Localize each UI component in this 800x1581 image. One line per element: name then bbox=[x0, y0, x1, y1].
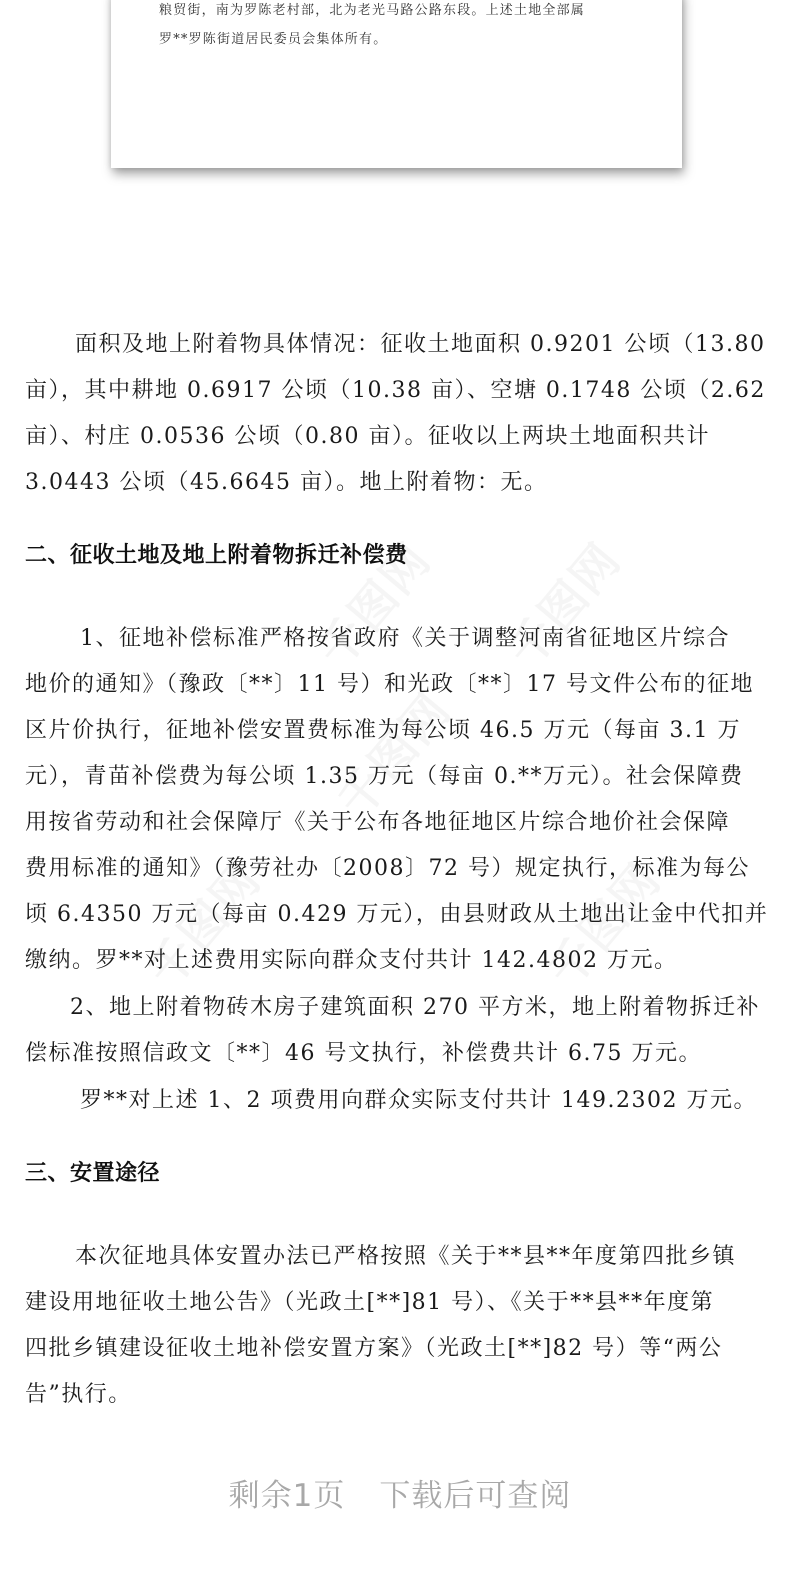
download-hint-label: 下载后可查阅 bbox=[379, 1478, 571, 1514]
paragraph-line: 本次征地具体安置办法已严格按照《关于**县**年度第四批乡镇 bbox=[75, 1243, 736, 1271]
paragraph-line: 亩），其中耕地 0.6917 公顷（10.38 亩）、空塘 0.1748 公顷（… bbox=[25, 377, 766, 405]
paragraph-line: 3.0443 公顷（45.6645 亩）。地上附着物：无。 bbox=[25, 469, 547, 497]
paragraph-line: 偿标准按照信政文〔**〕46 号文执行，补偿费共计 6.75 万元。 bbox=[25, 1040, 702, 1068]
paragraph-line: 地价的通知》（豫政〔**〕11 号）和光政〔**〕17 号文件公布的征地 bbox=[25, 671, 754, 699]
compensation-summary: 罗**对上述 1、2 项费用向群众实际支付共计 149.2302 万元。 bbox=[80, 1087, 757, 1115]
paragraph-line: 面积及地上附着物具体情况：征收土地面积 0.9201 公顷（13.80 bbox=[75, 331, 765, 359]
paragraph-line: 四批乡镇建设征收土地补偿安置方案》（光政土[**]82 号）等“两公 bbox=[25, 1335, 722, 1363]
download-prompt[interactable]: 剩余1页下载后可查阅 bbox=[0, 1470, 800, 1515]
watermark-logo: 千图网 bbox=[320, 677, 463, 830]
preview-line: 粮贸街，南为罗陈老村部，北为老光马路公路东段。上述土地全部属 bbox=[159, 3, 585, 19]
paragraph-line: 2、地上附着物砖木房子建筑面积 270 平方米，地上附着物拆迁补 bbox=[70, 994, 760, 1022]
previous-page-preview: 粮贸街，南为罗陈老村部，北为老光马路公路东段。上述土地全部属 罗**罗陈街道居民… bbox=[111, 0, 682, 168]
remaining-pages-label: 剩余1页 bbox=[229, 1478, 346, 1514]
paragraph-line: 顷 6.4350 万元（每亩 0.429 万元），由县财政从土地出让金中代扣并 bbox=[25, 901, 768, 929]
paragraph-line: 1、征地补偿标准严格按省政府《关于调整河南省征地区片综合 bbox=[80, 625, 730, 653]
section-heading-compensation: 二、征收土地及地上附着物拆迁补偿费 bbox=[25, 542, 408, 570]
watermark-logo: 千图网 bbox=[490, 527, 633, 680]
paragraph-line: 建设用地征收土地公告》（光政土[**]81 号）、《关于**县**年度第 bbox=[25, 1289, 714, 1317]
paragraph-line: 亩）、村庄 0.0536 公顷（0.80 亩）。征收以上两块土地面积共计 bbox=[25, 423, 710, 451]
preview-line: 罗**罗陈街道居民委员会集体所有。 bbox=[159, 32, 387, 48]
paragraph-line: 缴纳。罗**对上述费用实际向群众支付共计 142.4802 万元。 bbox=[25, 947, 677, 975]
paragraph-line: 元），青苗补偿费为每公顷 1.35 万元（每亩 0.**万元）。社会保障费 bbox=[25, 763, 743, 791]
paragraph-line: 告”执行。 bbox=[25, 1381, 132, 1409]
paragraph-line: 用按省劳动和社会保障厅《关于公布各地征地区片综合地价社会保障 bbox=[25, 809, 730, 837]
section-heading-resettlement: 三、安置途径 bbox=[25, 1160, 160, 1188]
paragraph-line: 区片价执行，征地补偿安置费标准为每公顷 46.5 万元（每亩 3.1 万 bbox=[25, 717, 741, 745]
paragraph-line: 费用标准的通知》（豫劳社办〔2008〕72 号）规定执行，标准为每公 bbox=[25, 855, 750, 883]
